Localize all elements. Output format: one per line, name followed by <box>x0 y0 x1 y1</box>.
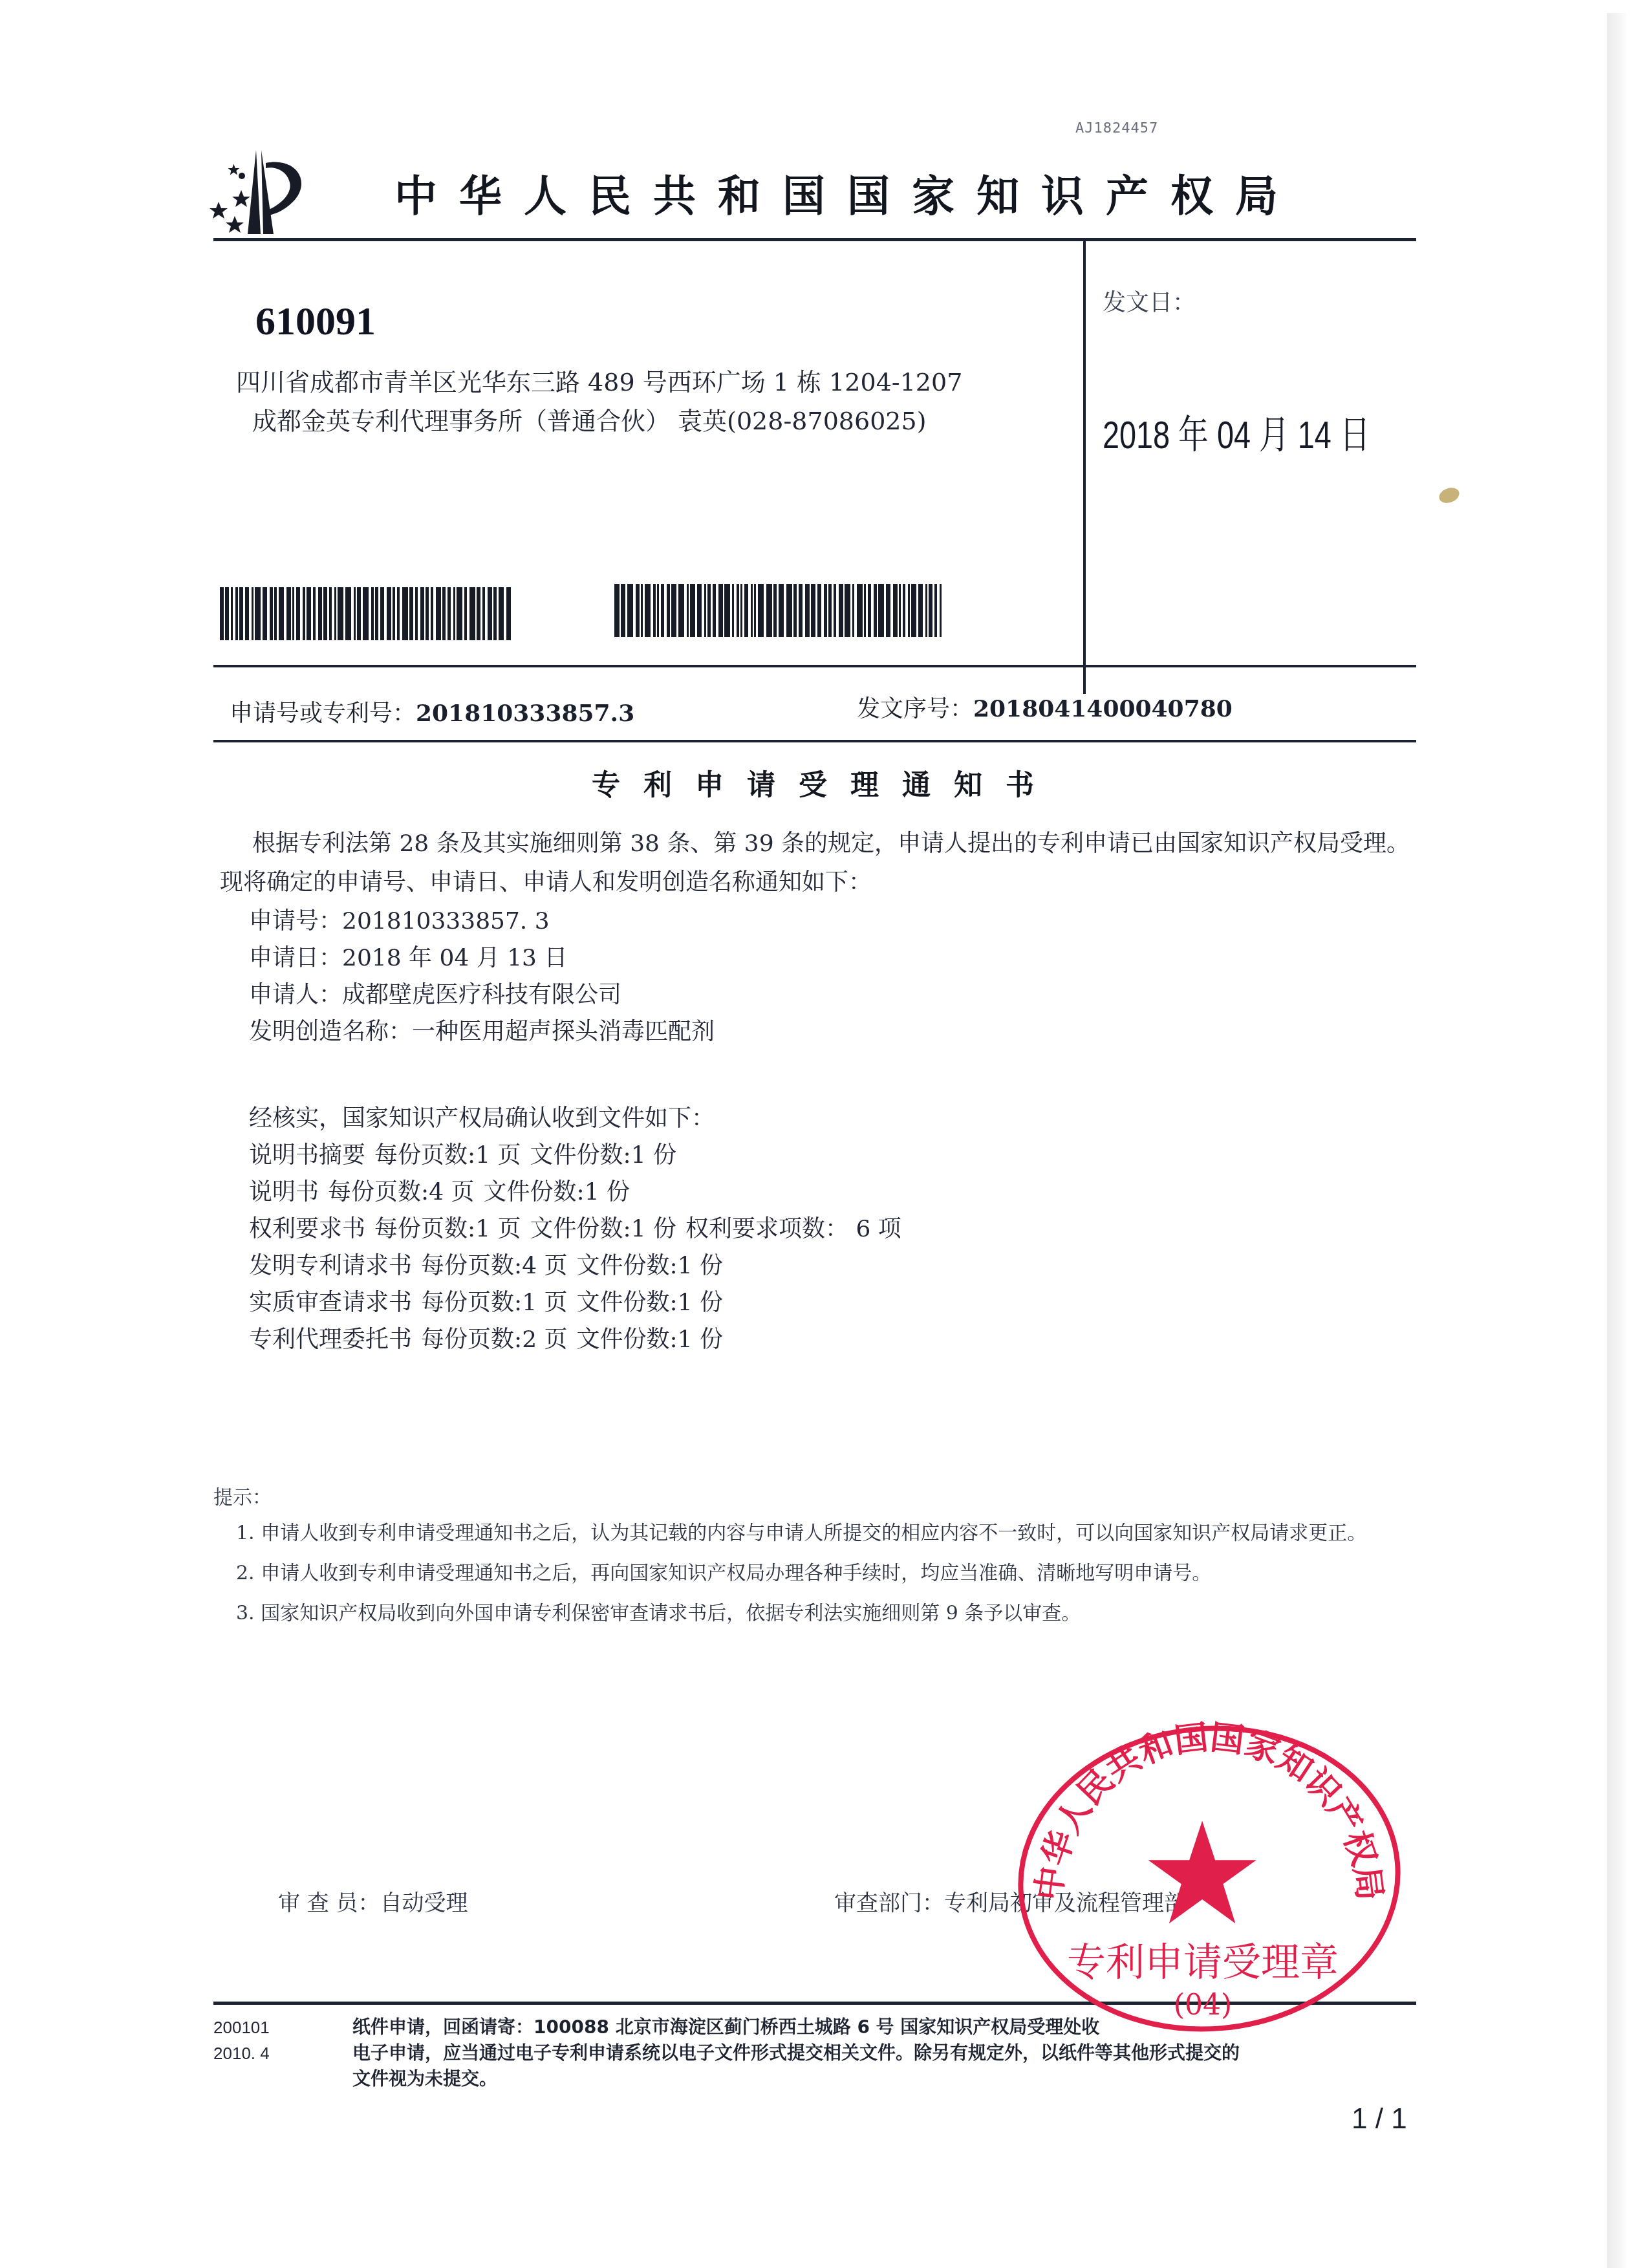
department-label: 审查部门： <box>834 1890 944 1916</box>
barcode-bar <box>371 587 374 640</box>
tip-item: 2. 申请人收到专利申请受理通知书之后，再向国家知识产权局办理各种手续时，均应当… <box>223 1553 1452 1593</box>
barcode-bar <box>426 587 429 640</box>
barcode-bar <box>431 587 433 640</box>
barcode-bar <box>754 584 756 637</box>
barcode-bar <box>925 584 927 637</box>
barcode-bar <box>447 587 451 640</box>
barcode-bar <box>704 584 706 637</box>
barcode-divider <box>213 665 1416 667</box>
barcode-bar <box>903 584 905 637</box>
barcode-bar <box>436 587 441 640</box>
barcode-bar <box>911 584 916 637</box>
barcode-bar <box>667 584 670 637</box>
barcode-bar <box>225 587 229 640</box>
barcode-bar <box>231 587 233 640</box>
file-pages: 每份页数:2 页 <box>421 1326 567 1353</box>
form-code: 200101 <box>213 2018 270 2038</box>
barcode-bar <box>868 584 871 637</box>
header-divider <box>213 238 1416 241</box>
barcode-bar <box>279 587 284 640</box>
application-number: 201810333857.3 <box>416 700 634 727</box>
barcode-bar <box>845 584 850 637</box>
file-row: 发明专利请求书每份页数:4 页文件份数:1 份 <box>249 1247 911 1284</box>
barcode-bar <box>805 584 810 637</box>
recipient-agency: 成都金英专利代理事务所（普通合伙） 袁英(028-87086025) <box>252 401 927 437</box>
barcode-bar <box>886 584 890 637</box>
file-copies: 文件份数:1 份 <box>577 1253 723 1279</box>
barcode-bar <box>678 584 684 637</box>
barcode-bar <box>751 584 753 637</box>
barcode-bar <box>239 587 243 640</box>
footer-paper-application: 纸件申请，回函请寄：100088 北京市海淀区蓟门桥西土城路 6 号 国家知识产… <box>352 2014 1099 2040</box>
serial-number-label: 发文序号： <box>857 696 973 722</box>
application-number-row: 申请号或专利号：201810333857.3 <box>230 695 634 728</box>
official-seal: 中华人民共和国国家知识产权局 专利申请受理章 (04) <box>999 1711 1439 2034</box>
barcode-bar <box>499 587 504 640</box>
field-label: 申请号： <box>249 908 342 934</box>
barcode-bar <box>641 584 643 637</box>
barcode-bar <box>713 584 716 637</box>
barcode-bar <box>393 587 395 640</box>
file-name: 实质审查请求书 <box>249 1290 412 1316</box>
barcode-bar <box>878 584 884 637</box>
barcode-bar <box>296 587 300 640</box>
barcode-bar <box>657 584 659 637</box>
barcode-bar <box>786 584 792 637</box>
file-pages: 每份页数:1 页 <box>374 1142 521 1169</box>
file-pages: 每份页数:1 页 <box>374 1216 521 1242</box>
barcode-bar <box>839 584 843 637</box>
file-copies: 文件份数:1 份 <box>484 1179 630 1205</box>
barcode-bar <box>934 584 937 637</box>
reference-divider <box>213 740 1416 742</box>
barcode-bar <box>402 587 408 640</box>
barcode-bar <box>334 587 336 640</box>
date-column-divider <box>1083 238 1086 694</box>
page-number: 1 / 1 <box>1352 2103 1407 2135</box>
barcode-bar <box>375 587 378 640</box>
file-name: 权利要求书 <box>249 1216 365 1242</box>
barcode-bar <box>220 587 224 640</box>
file-copies: 文件份数:1 份 <box>530 1216 676 1242</box>
svg-text:(04): (04) <box>1174 1989 1232 2022</box>
barcode-bar <box>687 584 689 637</box>
barcode-bar <box>718 584 723 637</box>
barcode-bar <box>671 584 676 637</box>
svg-text:专利申请受理章: 专利申请受理章 <box>1067 1940 1339 1985</box>
barcode-bar <box>338 587 343 640</box>
barcode-bar <box>744 584 748 637</box>
barcode-bar <box>469 587 475 640</box>
tip-item: 3. 国家知识产权局收到向外国申请专利保密审查请求书后，依据专利法实施细则第 9… <box>223 1593 1452 1634</box>
field-label: 发明创造名称： <box>249 1019 412 1045</box>
barcode-bar <box>817 584 821 637</box>
barcode-bar <box>740 584 742 637</box>
barcode-bar <box>940 584 942 637</box>
file-row: 说明书每份页数:4 页文件份数:1 份 <box>249 1173 911 1210</box>
barcode-bar <box>614 584 620 637</box>
paper-stain <box>1437 485 1461 506</box>
barcode-bar <box>363 587 369 640</box>
barcode-bar <box>899 584 901 637</box>
barcode-bar <box>857 584 863 637</box>
barcode-bar <box>235 587 238 640</box>
file-pages: 每份页数:1 页 <box>421 1290 567 1316</box>
notice-title: 专利申请受理通知书 <box>0 762 1649 803</box>
application-number-label: 申请号或专利号： <box>230 700 416 727</box>
file-extra: 权利要求项数： 6 项 <box>685 1216 901 1242</box>
barcode-bar <box>380 587 384 640</box>
barcode-bar <box>415 587 418 640</box>
barcode-bar <box>457 587 462 640</box>
file-name: 说明书 <box>249 1179 319 1205</box>
barcode-bar <box>420 587 424 640</box>
barcode-bar <box>286 587 291 640</box>
barcode-bar <box>793 584 797 637</box>
file-row: 专利代理委托书每份页数:2 页文件份数:1 份 <box>249 1321 911 1357</box>
scan-edge-strip <box>1607 13 1626 2268</box>
field-value: 2018 年 04 月 13 日 <box>342 945 567 971</box>
barcode-bar <box>307 587 311 640</box>
barcode-bar <box>354 587 356 640</box>
barcode-bar <box>464 587 467 640</box>
barcode-bar <box>653 584 656 637</box>
barcode-bar <box>387 587 391 640</box>
barcode-bar <box>245 587 249 640</box>
barcode-bar <box>645 584 651 637</box>
file-pages: 每份页数:4 页 <box>421 1253 567 1279</box>
barcode-bar <box>799 584 803 637</box>
field-value: 一种医用超声探头消毒匹配剂 <box>412 1019 715 1045</box>
barcode-right <box>614 584 943 637</box>
issue-date: 2018 年 04 月 14 日 <box>1103 404 1370 460</box>
file-copies: 文件份数:1 份 <box>577 1290 723 1316</box>
barcode-bar <box>482 587 485 640</box>
file-pages: 每份页数:4 页 <box>328 1179 474 1205</box>
barcode-bar <box>493 587 497 640</box>
barcode-bar <box>929 584 932 637</box>
received-files: 经核实，国家知识产权局确认收到文件如下： 说明书摘要每份页数:1 页文件份数:1… <box>249 1099 911 1173</box>
tips-list: 1. 申请人收到专利申请受理通知书之后，认为其记载的内容与申请人所提交的相应内容… <box>223 1513 1452 1634</box>
barcode-bar <box>442 587 446 640</box>
application-fields: 申请号：201810333857. 3 申请日：2018 年 04 月 13 日… <box>249 902 715 1050</box>
file-name: 说明书摘要 <box>249 1142 365 1169</box>
field-application-number: 申请号：201810333857. 3 <box>249 902 715 939</box>
barcode-bar <box>274 587 277 640</box>
examiner-label: 审 查 员： <box>278 1890 380 1916</box>
barcode-bar <box>824 584 827 637</box>
barcode-bar <box>323 587 327 640</box>
barcode-bar <box>893 584 898 637</box>
serial-number-row: 发文序号：2018041400040780 <box>857 691 1233 724</box>
barcode-bar <box>357 587 361 640</box>
file-row: 说明书摘要每份页数:1 页文件份数:1 份 <box>249 1136 911 1173</box>
barcode-bar <box>627 584 633 637</box>
barcode-bar <box>766 584 772 637</box>
barcode-bar <box>779 584 784 637</box>
serial-number: 2018041400040780 <box>973 695 1233 722</box>
file-copies: 文件份数:1 份 <box>577 1326 723 1353</box>
agency-title: 中华人民共和国国家知识产权局 <box>394 162 1300 223</box>
field-label: 申请人： <box>249 982 342 1008</box>
barcode-bar <box>874 584 877 637</box>
barcode-bar <box>621 584 625 637</box>
footer-electronic-application-cont: 文件视为未提交。 <box>352 2066 497 2092</box>
document-code: AJ1824457 <box>1075 120 1158 136</box>
barcode-bar <box>318 587 322 640</box>
barcode-bar <box>908 584 910 637</box>
notice-intro: 根据专利法第 28 条及其实施细则第 38 条、第 39 条的规定，申请人提出的… <box>220 825 1416 902</box>
barcode-bar <box>852 584 854 637</box>
examiner-row: 审 查 员：自动受理 <box>278 1885 468 1917</box>
issue-date-label: 发文日： <box>1103 285 1196 318</box>
barcode-bar <box>724 584 730 637</box>
barcode-bar <box>329 587 332 640</box>
barcode-bar <box>488 587 492 640</box>
file-name: 专利代理委托书 <box>249 1326 412 1353</box>
field-value: 成都壁虎医疗科技有限公司 <box>342 982 621 1008</box>
form-date: 2010. 4 <box>213 2044 270 2064</box>
file-row: 权利要求书每份页数:1 页文件份数:1 份权利要求项数： 6 项 <box>249 1210 911 1247</box>
footer-electronic-application: 电子申请，应当通过电子专利申请系统以电子文件形式提交相关文件。除另有规定外，以纸… <box>352 2040 1240 2066</box>
recipient-postcode: 610091 <box>255 299 376 345</box>
barcode-bar <box>252 587 253 640</box>
barcode-bar <box>313 587 316 640</box>
barcode-bar <box>732 584 734 637</box>
barcode-bar <box>918 584 923 637</box>
barcode-bar <box>453 587 455 640</box>
barcode-bar <box>477 587 480 640</box>
field-label: 申请日： <box>249 945 342 971</box>
barcode-bar <box>409 587 413 640</box>
barcode-bar <box>758 584 764 637</box>
barcode-bar <box>292 587 294 640</box>
barcode-bar <box>834 584 836 637</box>
files-intro: 经核实，国家知识产权局确认收到文件如下： <box>249 1099 911 1136</box>
file-row: 实质审查请求书每份页数:1 页文件份数:1 份 <box>249 1284 911 1321</box>
tips-label: 提示： <box>213 1481 272 1509</box>
barcode-bar <box>263 587 267 640</box>
barcode-bar <box>303 587 305 640</box>
examiner-name: 自动受理 <box>380 1890 468 1916</box>
field-application-date: 申请日：2018 年 04 月 13 日 <box>249 939 715 976</box>
barcode-bar <box>690 584 695 637</box>
cnipa-logo-icon <box>183 144 306 239</box>
barcode-bar <box>255 587 261 640</box>
barcode-bar <box>737 584 739 637</box>
field-invention-title: 发明创造名称：一种医用超声探头消毒匹配剂 <box>249 1013 715 1050</box>
file-name: 发明专利请求书 <box>249 1253 412 1279</box>
barcode-bar <box>773 584 777 637</box>
recipient-address: 四川省成都市青羊区光华东三路 489 号西环广场 1 栋 1204-1207 <box>236 362 962 398</box>
barcode-bar <box>270 587 273 640</box>
barcode-bar <box>697 584 702 637</box>
barcode-bar <box>506 587 511 640</box>
field-applicant: 申请人：成都壁虎医疗科技有限公司 <box>249 976 715 1013</box>
barcode-left <box>220 587 512 640</box>
file-copies: 文件份数:1 份 <box>530 1142 676 1169</box>
barcode-bar <box>345 587 351 640</box>
barcode-bar <box>828 584 832 637</box>
barcode-bar <box>811 584 815 637</box>
field-value: 201810333857. 3 <box>342 908 550 934</box>
barcode-bar <box>864 584 866 637</box>
tip-item: 1. 申请人收到专利申请受理通知书之后，认为其记载的内容与申请人所提交的相应内容… <box>223 1513 1452 1553</box>
barcode-bar <box>397 587 400 640</box>
barcode-bar <box>707 584 711 637</box>
barcode-bar <box>636 584 640 637</box>
barcode-bar <box>661 584 664 637</box>
